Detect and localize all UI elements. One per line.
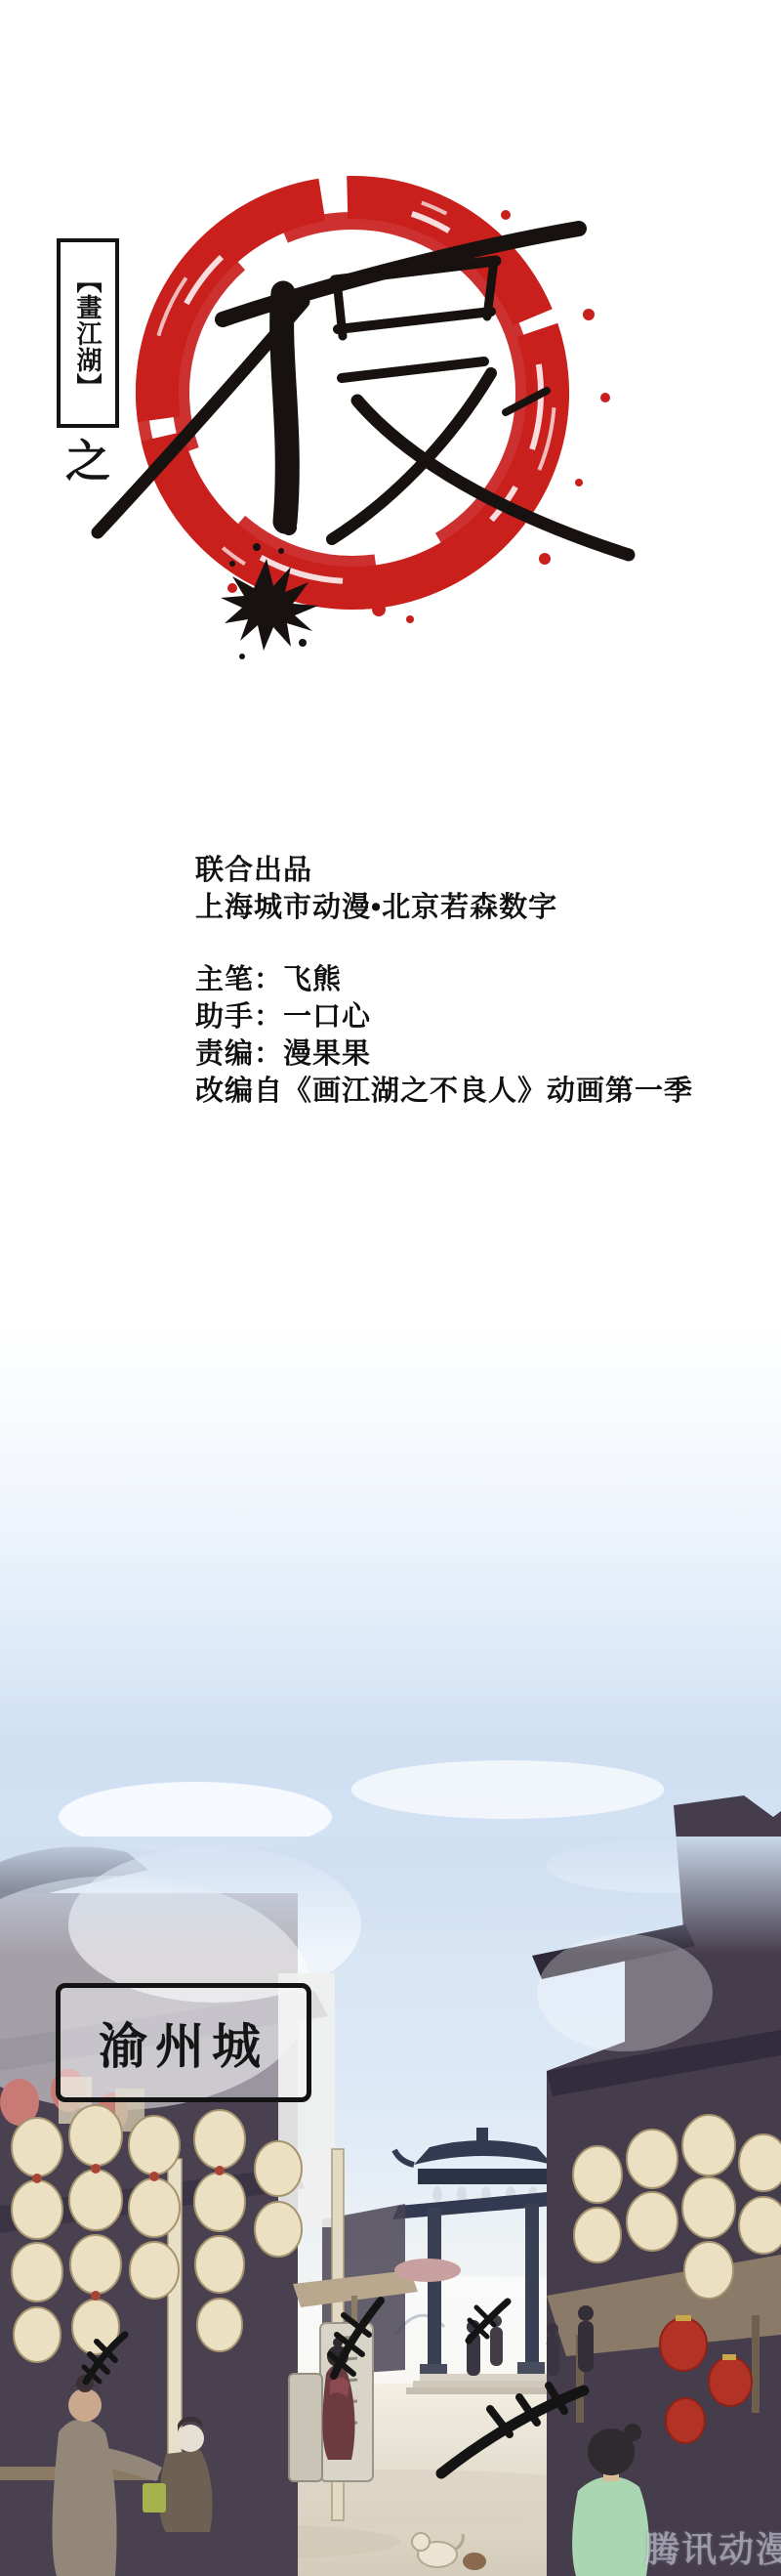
credit-adaptation-note: 改编自《画江湖之不良人》动画第一季: [195, 1073, 693, 1110]
scene-top-haze: [0, 1837, 781, 1954]
credit-editor: 责编：漫果果: [195, 1035, 693, 1073]
yuzhou-street-scene: 渝州城 腾讯动漫: [0, 1749, 781, 2576]
credits-block: 联合出品 上海城市动漫•北京若森数字 主笔：飞熊 助手：一口心 责编：漫果果 改…: [195, 852, 693, 1110]
sky-gradient-band: [0, 1123, 781, 1749]
location-label-text: 渝州城: [99, 2007, 268, 2078]
credit-lead-artist: 主笔：飞熊: [195, 961, 693, 998]
credit-production-label: 联合出品: [195, 852, 693, 889]
platform-watermark: 腾讯动漫: [644, 2522, 781, 2572]
credit-assistant: 助手：一口心: [195, 998, 693, 1035]
street-scene-illustration: [0, 1749, 781, 2576]
credit-production-companies: 上海城市动漫•北京若森数字: [195, 889, 693, 926]
credits-spacer: [195, 926, 693, 961]
manhua-title-page: 【畫江湖】 之: [0, 0, 781, 2576]
red-brush-ring-icon: [86, 168, 635, 668]
red-lantern: [660, 2318, 707, 2371]
location-label-box: 渝州城: [56, 1983, 311, 2102]
brush-ring-emblem: [86, 168, 656, 668]
